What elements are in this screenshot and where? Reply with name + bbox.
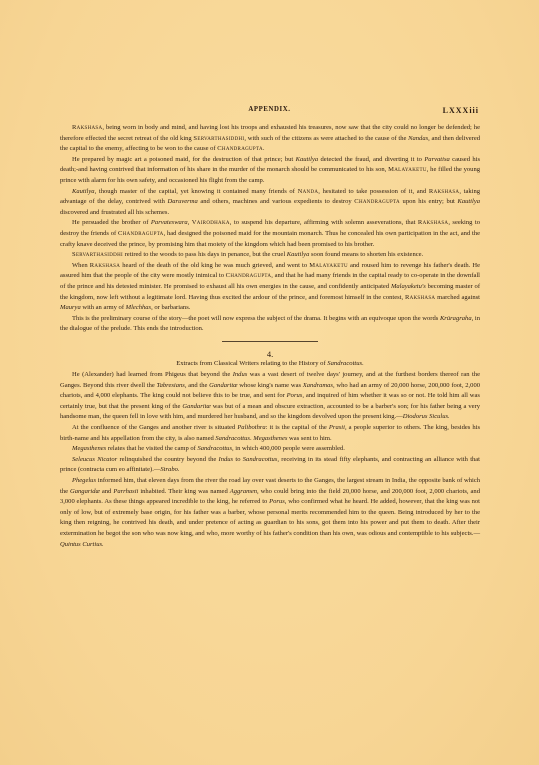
italic-term: Indus — [219, 456, 234, 463]
proper-name: Chandragupta — [118, 230, 164, 237]
proper-name: Chandragupta — [354, 198, 400, 205]
text-run: whose king's name was — [238, 382, 303, 389]
italic-term: Porus — [287, 392, 303, 399]
text-run: , though master of the capital, yet know… — [95, 188, 298, 195]
italic-term: Daruverma — [168, 198, 198, 205]
text-run: , and the — [185, 382, 209, 389]
proper-name: Rakshasa — [418, 219, 448, 226]
italic-term: Prasii — [329, 424, 345, 431]
proper-name: Rakshasa — [90, 262, 120, 269]
text-run: He (Alexander) had learned from Phigeus … — [72, 371, 233, 378]
text-run: This is the preliminary course of the st… — [72, 315, 440, 322]
proper-name: Nanda — [298, 188, 319, 195]
narrative-section: Rakshasa, being worn in body and mind, a… — [60, 123, 480, 335]
italic-term: Nandas — [408, 135, 428, 142]
section-divider — [222, 341, 318, 342]
paragraph: Servarthasiddhi retired to the woods to … — [60, 250, 480, 261]
text-run: relates that he visited the camp of — [106, 445, 197, 452]
proper-name: Rakshasa — [72, 124, 102, 131]
text-run: He persuaded the brother of — [72, 219, 151, 226]
text-run: . — [263, 145, 265, 152]
text-run: When — [72, 262, 90, 269]
italic-term: Parvateswara — [151, 219, 188, 226]
proper-name: Malayaketu — [309, 262, 348, 269]
italic-term: Gandaritæ — [182, 403, 210, 410]
italic-term: Maurya — [60, 304, 81, 311]
paragraph: Seleucus Nicator relinquished the countr… — [60, 455, 480, 476]
text-run: , with such of the citizens as were atta… — [244, 135, 408, 142]
page-header: APPENDIX. LXXXiii — [60, 106, 479, 118]
text-run: retired to the woods to pass his days in… — [123, 251, 287, 258]
italic-term: Mlechhas — [126, 304, 151, 311]
running-head: APPENDIX. — [60, 106, 479, 113]
italic-term: Gangaridæ — [70, 488, 100, 495]
text-run: detected the fraud, and diverting it to — [318, 156, 424, 163]
section-title: Extracts from Classical Writers relating… — [60, 359, 480, 370]
italic-term: Seleucus Nicator — [72, 456, 117, 463]
italic-term: Diodorus Siculus. — [403, 413, 450, 420]
paragraph: Megasthenes relates that he visited the … — [60, 444, 480, 455]
italic-term: Palibothra — [237, 424, 265, 431]
italic-term: Indus — [233, 371, 248, 378]
italic-term: Parvatisa — [424, 156, 449, 163]
italic-term: Quintus Curtius. — [60, 541, 104, 548]
proper-name: Servarthasiddhi — [193, 135, 244, 142]
text-run: , in which 400,000 people were assembled… — [232, 445, 345, 452]
paragraph: When Rakshasa heard of the death of the … — [60, 261, 480, 314]
text-run: and — [100, 488, 113, 495]
italic-term: Xandramas — [303, 382, 333, 389]
italic-term: Sandracottus — [215, 435, 250, 442]
italic-term: Kautilya — [457, 198, 480, 205]
paragraph: Kautilya, though master of the capital, … — [60, 187, 480, 219]
italic-term: Porus — [269, 498, 285, 505]
italic-term: Aggramen — [230, 488, 257, 495]
text-run: soon found means to shorten his existenc… — [309, 251, 423, 258]
text-run: with an army of — [81, 304, 126, 311]
extracts-section: He (Alexander) had learned from Phigeus … — [60, 370, 480, 550]
paragraph: He prepared by magic art a poisoned maid… — [60, 155, 480, 187]
section-title-italic: Sandracottus. — [327, 360, 363, 367]
section-title-text: Extracts from Classical Writers relating… — [176, 360, 327, 367]
text-run: upon his entry; but — [400, 198, 458, 205]
page-body: Rakshasa, being worn in body and mind, a… — [60, 123, 480, 550]
section-number: 4. — [60, 349, 480, 360]
italic-term: Krūragraha — [440, 315, 472, 322]
text-run: discovered and frustrated all his scheme… — [60, 209, 169, 216]
text-run: inhabited. Their king was named — [138, 488, 229, 495]
proper-name: Vairodhaka — [192, 219, 230, 226]
italic-term: Malayaketu's — [391, 283, 426, 290]
paragraph: He (Alexander) had learned from Phigeus … — [60, 370, 480, 423]
text-run: , hesitated to take possession of it, an… — [318, 188, 429, 195]
text-run: He prepared by magic art a poisoned maid… — [72, 156, 296, 163]
italic-term: Sandracottus — [197, 445, 232, 452]
italic-term: Kautilya — [72, 188, 95, 195]
text-run: relinquished the country beyond the — [117, 456, 218, 463]
paragraph: Rakshasa, being worn in body and mind, a… — [60, 123, 480, 155]
italic-term: Parrhasii — [113, 488, 138, 495]
paragraph: This is the preliminary course of the st… — [60, 314, 480, 335]
italic-term: Gandaritæ — [209, 382, 237, 389]
text-run: , to suspend his departure, affirming wi… — [230, 219, 418, 226]
italic-term: Strabo. — [160, 466, 179, 473]
paragraph: At the confluence of the Ganges and anot… — [60, 423, 480, 444]
text-run: heard of the death of the old king he wa… — [120, 262, 309, 269]
text-run: : it is the capital of the — [266, 424, 329, 431]
text-run: was sent to him. — [287, 435, 331, 442]
proper-name: Servarthasiddhi — [72, 251, 123, 258]
italic-term: Tabresians — [157, 382, 185, 389]
italic-term: Kautilya — [296, 156, 319, 163]
text-run: to — [233, 456, 243, 463]
italic-term: Megasthenes — [72, 445, 106, 452]
proper-name: Rakshasa — [405, 294, 435, 301]
text-run: , or barbarians. — [151, 304, 190, 311]
book-page: APPENDIX. LXXXiii Rakshasa, being worn i… — [0, 0, 539, 765]
proper-name: Chandragupta — [217, 145, 263, 152]
text-run: At the confluence of the Ganges and anot… — [72, 424, 237, 431]
italic-term: Kautilya — [287, 251, 310, 258]
proper-name: Rakshasa — [429, 188, 459, 195]
italic-term: Sandracottus — [243, 456, 278, 463]
proper-name: Malayaketu — [388, 166, 427, 173]
text-run: marched against — [435, 294, 480, 301]
page-number: LXXXiii — [443, 106, 479, 115]
paragraph: He persuaded the brother of Parvateswara… — [60, 218, 480, 250]
text-run: and others, machines and various expedie… — [198, 198, 355, 205]
italic-term: Megasthenes — [253, 435, 287, 442]
italic-term: Phegelus — [72, 477, 96, 484]
paragraph: Phegelus informed him, that eleven days … — [60, 476, 480, 550]
proper-name: Chandragupta — [226, 272, 272, 279]
